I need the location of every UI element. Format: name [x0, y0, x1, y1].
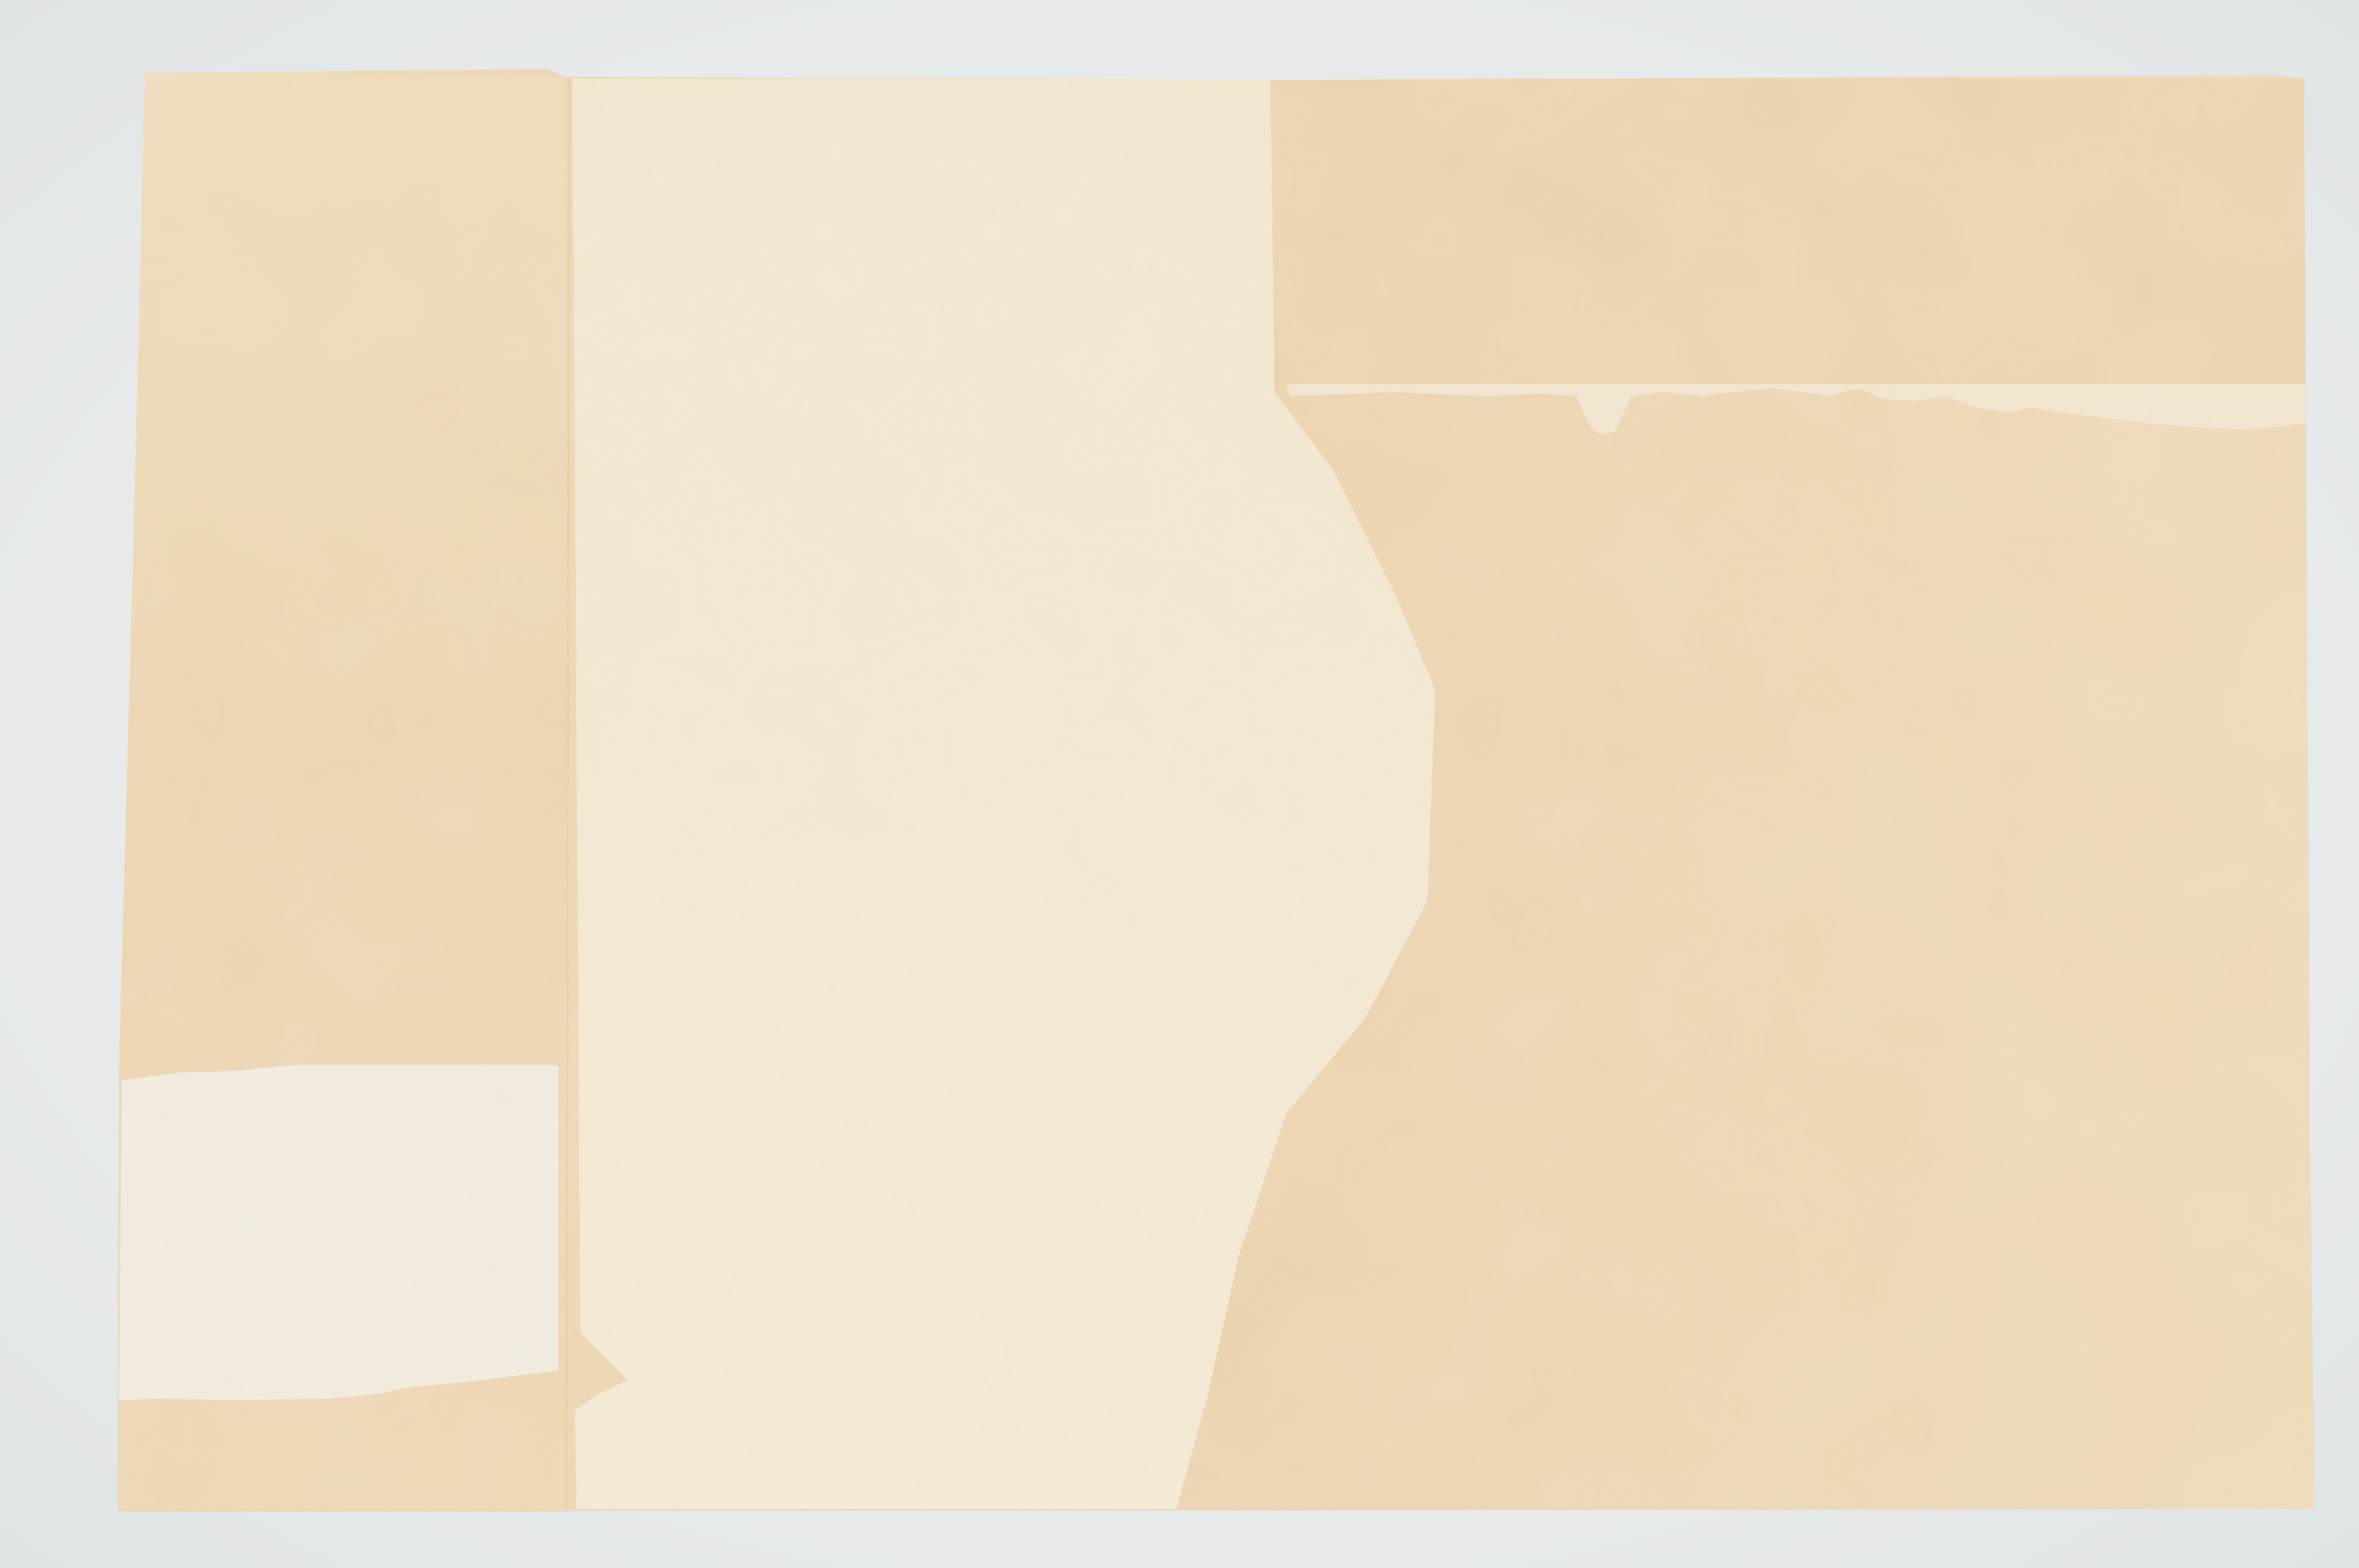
- aged-paper-sheet: [0, 0, 2359, 1568]
- photo-background: [0, 0, 2359, 1568]
